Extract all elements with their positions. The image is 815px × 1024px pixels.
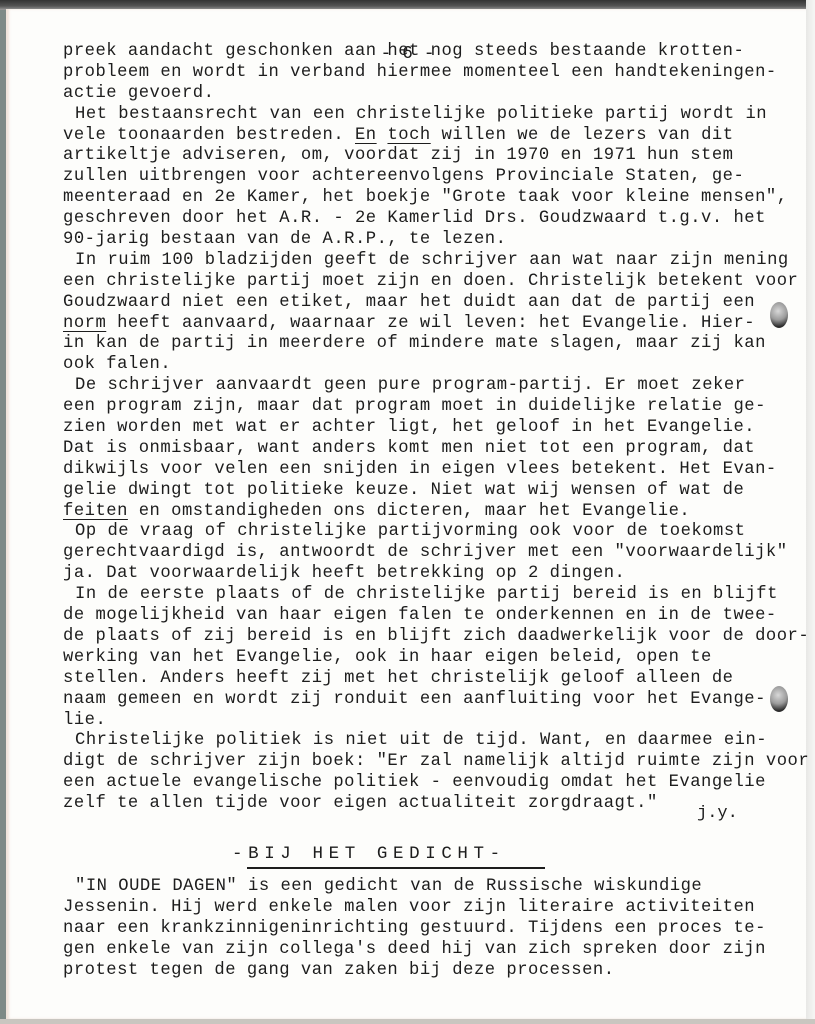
author-initials: j.y. <box>697 804 738 823</box>
text-line: in kan de partij in meerdere of mindere … <box>63 334 783 355</box>
text-line: ook falen. <box>63 355 783 376</box>
underlined-word: toch <box>387 126 430 145</box>
text-line: ja. Dat voorwaardelijk heeft betrekking … <box>63 564 783 585</box>
text-line: Op de vraag of christelijke partijvormin… <box>63 522 783 543</box>
text-line: De schrijver aanvaardt geen pure program… <box>63 376 783 397</box>
underlined-word: norm <box>63 314 106 333</box>
text-line: Dat is onmisbaar, want anders komt men n… <box>63 439 783 460</box>
section-heading-underline <box>247 867 545 869</box>
page-right-edge <box>806 0 815 1024</box>
text-line: feiten en omstandigheden ons dicteren, m… <box>63 502 783 523</box>
text-line: zullen uitbrengen voor achtereenvolgens … <box>63 167 783 188</box>
text-line: artikeltje adviseren, om, voordat zij in… <box>63 146 783 167</box>
text-line: meenteraad en 2e Kamer, het boekje "Grot… <box>63 188 783 209</box>
text-line: norm heeft aanvaard, waarnaar ze wil lev… <box>63 314 783 335</box>
article-body: preek aandacht geschonken aan het nog st… <box>63 42 783 815</box>
text-line: zelf te allen tijde voor eigen actualite… <box>63 794 783 815</box>
text-line: een christelijke partij moet zijn en doe… <box>63 272 783 293</box>
text-line: een program zijn, maar dat program moet … <box>63 397 783 418</box>
section-heading: -BIJ HET GEDICHT- <box>232 844 506 864</box>
text-line: een actuele evangelische politiek - eenv… <box>63 773 783 794</box>
page-bottom-edge <box>0 1019 815 1024</box>
text-line: gelie dwingt tot politieke keuze. Niet w… <box>63 481 783 502</box>
text-line: gen enkele van zijn collega's deed hij v… <box>63 940 783 961</box>
underlined-word: feiten <box>63 502 128 521</box>
text-line: vele toonaarden bestreden. En toch wille… <box>63 126 783 147</box>
text-line: Christelijke politiek is niet uit de tij… <box>63 731 783 752</box>
text-line: Goudzwaard niet een etiket, maar het dui… <box>63 293 783 314</box>
text-line: de mogelijkheid van haar eigen falen te … <box>63 606 783 627</box>
text-line: werking van het Evangelie, ook in haar e… <box>63 648 783 669</box>
text-line: gerechtvaardigd is, antwoordt de schrijv… <box>63 543 783 564</box>
text-line: Jessenin. Hij werd enkele malen voor zij… <box>63 898 783 919</box>
text-line: naar een krankzinnigeninrichting gestuur… <box>63 919 783 940</box>
text-line: dikwijls voor velen een snijden in eigen… <box>63 460 783 481</box>
text-line: probleem en wordt in verband hiermee mom… <box>63 63 783 84</box>
section-body: "IN OUDE DAGEN" is een gedicht van de Ru… <box>63 877 783 981</box>
text-line: zien worden met wat er achter ligt, het … <box>63 418 783 439</box>
underlined-word: En <box>355 126 377 145</box>
text-line: In ruim 100 bladzijden geeft de schrijve… <box>63 251 783 272</box>
text-line: "IN OUDE DAGEN" is een gedicht van de Ru… <box>63 877 783 898</box>
text-line: 90-jarig bestaan van de A.R.P., te lezen… <box>63 230 783 251</box>
text-line: de plaats of zij bereid is en blijft zic… <box>63 627 783 648</box>
text-line: naam gemeen en wordt zij ronduit een aan… <box>63 690 783 711</box>
text-line: lie. <box>63 711 783 732</box>
text-line: stellen. Anders heeft zij met het christ… <box>63 669 783 690</box>
text-line: digt de schrijver zijn boek: "Er zal nam… <box>63 752 783 773</box>
text-line: Het bestaansrecht van een christelijke p… <box>63 105 783 126</box>
text-line: actie gevoerd. <box>63 84 783 105</box>
text-line: preek aandacht geschonken aan het nog st… <box>63 42 783 63</box>
text-line: geschreven door het A.R. - 2e Kamerlid D… <box>63 209 783 230</box>
text-line: In de eerste plaats of de christelijke p… <box>63 585 783 606</box>
text-line: protest tegen de gang van zaken bij deze… <box>63 961 783 982</box>
